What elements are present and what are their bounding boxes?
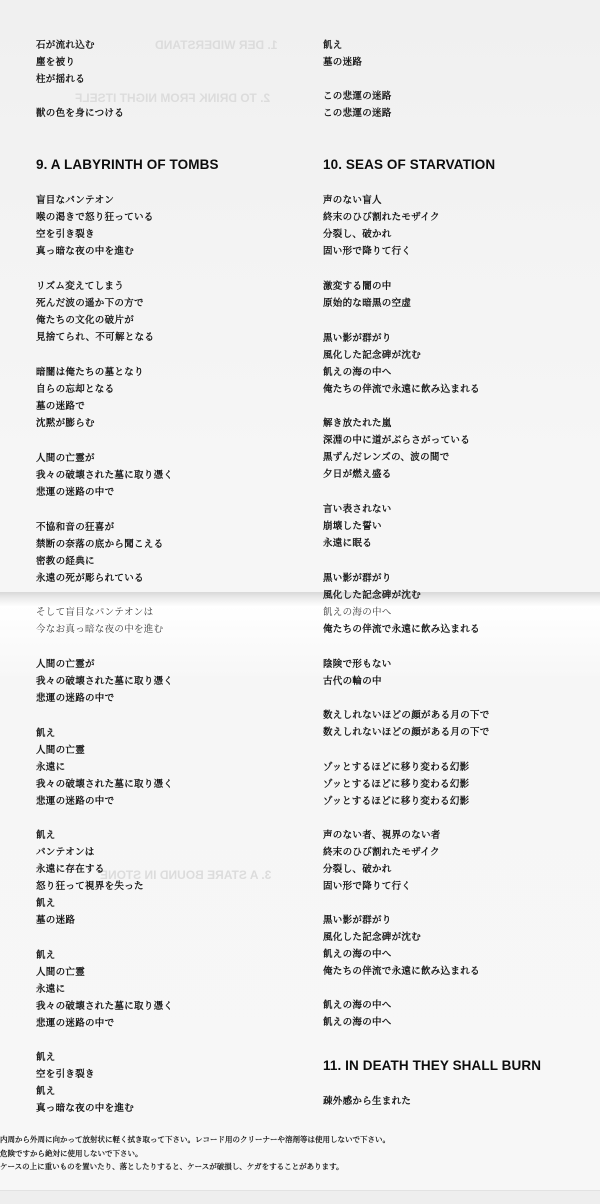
lyric-line: 永遠に bbox=[36, 984, 65, 996]
song-title-10: 10. SEAS OF STARVATION bbox=[323, 157, 495, 172]
lyric-line: 死んだ波の遥か下の方で bbox=[36, 298, 144, 310]
lyric-line: 風化した記念碑が沈む bbox=[323, 590, 421, 602]
lyric-line: 固い形で降りて行く bbox=[323, 881, 411, 893]
lyric-line: 陰険で形もない bbox=[323, 659, 392, 671]
lyric-line: 飢えの海の中へ bbox=[323, 367, 392, 379]
lyric-line: リズム変えてしまう bbox=[36, 281, 124, 293]
lyric-line: 怒り狂って視界を失った bbox=[36, 881, 144, 893]
lyric-line: 悲運の迷路の中で bbox=[36, 796, 114, 808]
lyric-line: パンテオンは bbox=[36, 847, 95, 859]
lyric-line: 自らの忘却となる bbox=[36, 384, 114, 396]
lyric-line: 獣の色を身につける bbox=[36, 108, 124, 120]
lyric-line: 言い表されない bbox=[323, 504, 392, 516]
lyric-line: 飢えの海の中へ bbox=[323, 949, 392, 961]
lyric-line: 永遠に眠る bbox=[323, 538, 372, 550]
lyric-line: 崩壊した誓い bbox=[323, 521, 382, 533]
lyric-line: 喉の渇きで怒り狂っている bbox=[36, 212, 154, 224]
lyric-line: 飢え bbox=[36, 1086, 56, 1098]
notice-line-3: ケースの上に重いものを置いたり、落としたりすると、ケースが破損し、ケガをすること… bbox=[0, 1161, 344, 1172]
lyric-line: 我々の破壊された墓に取り憑く bbox=[36, 779, 173, 791]
lyric-line: 我々の破壊された墓に取り憑く bbox=[36, 470, 173, 482]
lyric-line: 風化した記念碑が沈む bbox=[323, 350, 421, 362]
lyric-line: 悲運の迷路の中で bbox=[36, 693, 114, 705]
lyric-line: 密教の経典に bbox=[36, 556, 95, 568]
lyric-line: ゾッとするほどに移り変わる幻影 bbox=[323, 796, 469, 808]
lyric-line: ゾッとするほどに移り変わる幻影 bbox=[323, 779, 469, 791]
ghost-title-2: 2. TO DRINK FROM NIGHT ITSELF bbox=[75, 91, 270, 105]
lyric-line: 黒い影が群がり bbox=[323, 333, 392, 345]
lyric-line: 夕日が燃え盛る bbox=[323, 469, 392, 481]
lyric-line: 原始的な暗黒の空虚 bbox=[323, 298, 411, 310]
lyric-line: 石が流れ込む bbox=[36, 40, 95, 52]
lyric-line: 黒い影が群がり bbox=[323, 573, 392, 585]
lyric-line: 墓の迷路 bbox=[36, 915, 75, 927]
lyric-line: この悲運の迷路 bbox=[323, 91, 392, 103]
lyric-line: 禁断の奈落の底から聞こえる bbox=[36, 539, 163, 551]
lyric-line: 我々の破壊された墓に取り憑く bbox=[36, 676, 173, 688]
lyric-line: 人間の亡霊 bbox=[36, 967, 85, 979]
lyric-line: 声のない者、視界のない者 bbox=[323, 830, 441, 842]
lyric-line: 固い形で降りて行く bbox=[323, 246, 411, 258]
ghost-title-1: 1. DER WIDERSTAND bbox=[155, 38, 277, 52]
lyric-line: 分裂し、破かれ bbox=[323, 229, 392, 241]
lyric-line: 墓の迷路 bbox=[323, 57, 362, 69]
ghost-title-3: 3. A STARE BOUND IN STONE bbox=[100, 868, 271, 882]
lyric-line: 飢え bbox=[323, 40, 343, 52]
lyric-line: 声のない盲人 bbox=[323, 195, 382, 207]
lyric-line: 飢えの海の中へ bbox=[323, 1000, 392, 1012]
lyric-line: 数えしれないほどの顔がある月の下で bbox=[323, 727, 490, 739]
lyric-line: 数えしれないほどの顔がある月の下で bbox=[323, 710, 490, 722]
lyric-line: 飢えの海の中へ bbox=[323, 607, 392, 619]
lyric-line: 空を引き裂き bbox=[36, 1069, 95, 1081]
lyric-line: 柱が揺れる bbox=[36, 74, 85, 86]
lyric-line: 飢え bbox=[36, 728, 56, 740]
lyric-line: 分裂し、破かれ bbox=[323, 864, 392, 876]
lyric-line: 激変する闇の中 bbox=[323, 281, 392, 293]
song-title-9: 9. A LABYRINTH OF TOMBS bbox=[36, 157, 219, 172]
lyric-line: 風化した記念碑が沈む bbox=[323, 932, 421, 944]
lyric-line: 終末のひび割れたモザイク bbox=[323, 212, 440, 224]
lyric-line: 真っ暗な夜の中を進む bbox=[36, 1103, 134, 1115]
lyric-line: ゾッとするほどに移り変わる幻影 bbox=[323, 762, 469, 774]
lyric-line: 暗闇は俺たちの墓となり bbox=[36, 367, 144, 379]
lyric-line: 飢え bbox=[36, 950, 56, 962]
lyric-line: 人間の亡霊が bbox=[36, 659, 95, 671]
lyric-line: 解き放たれた嵐 bbox=[323, 418, 392, 430]
lyric-line: 見捨てられ、不可解となる bbox=[36, 332, 154, 344]
notice-line-2: 危険ですから絶対に使用しないで下さい。 bbox=[0, 1148, 143, 1159]
lyric-line: 飢えの海の中へ bbox=[323, 1017, 392, 1029]
lyric-line: 飢え bbox=[36, 898, 56, 910]
lyric-line: 永遠に bbox=[36, 762, 65, 774]
lyric-line: 黒い影が群がり bbox=[323, 915, 392, 927]
lyric-line: 不協和音の狂喜が bbox=[36, 522, 114, 534]
lyric-line: 人間の亡霊が bbox=[36, 453, 95, 465]
lyric-line: 黒ずんだレンズの、波の間で bbox=[323, 452, 450, 464]
page-bottom-edge bbox=[0, 1190, 600, 1204]
lyric-line: 飢え bbox=[36, 830, 56, 842]
lyric-line: 俺たちの伴流で永遠に飲み込まれる bbox=[323, 624, 480, 636]
lyric-line: 空を引き裂き bbox=[36, 229, 95, 241]
lyric-line: 人間の亡霊 bbox=[36, 745, 85, 757]
notice-line-1: 内周から外周に向かって放射状に軽く拭き取って下さい。レコード用のクリーナーや溶剤… bbox=[0, 1134, 390, 1145]
lyric-line: 疎外感から生まれた bbox=[323, 1096, 411, 1108]
lyric-line: この悲運の迷路 bbox=[323, 108, 392, 120]
lyric-line: 古代の輪の中 bbox=[323, 676, 382, 688]
lyric-line: 今なお真っ暗な夜の中を進む bbox=[36, 624, 163, 636]
lyrics-booklet-page: 1. DER WIDERSTAND 2. TO DRINK FROM NIGHT… bbox=[0, 0, 600, 1204]
lyric-line: 塵を被り bbox=[36, 57, 75, 69]
lyric-line: 飢え bbox=[36, 1052, 56, 1064]
lyric-line: 永遠の死が彫られている bbox=[36, 573, 144, 585]
lyric-line: そして盲目なパンテオンは bbox=[36, 607, 153, 619]
lyric-line: 終末のひび割れたモザイク bbox=[323, 847, 440, 859]
lyric-line: 悲運の迷路の中で bbox=[36, 487, 114, 499]
lyric-line: 我々の破壊された墓に取り憑く bbox=[36, 1001, 173, 1013]
lyric-line: 墓の迷路で bbox=[36, 401, 85, 413]
lyric-line: 深淵の中に道がぶらさがっている bbox=[323, 435, 470, 447]
lyric-line: 悲運の迷路の中で bbox=[36, 1018, 114, 1030]
lyric-line: 真っ暗な夜の中を進む bbox=[36, 246, 134, 258]
lyric-line: 俺たちの伴流で永遠に飲み込まれる bbox=[323, 384, 480, 396]
lyric-line: 俺たちの伴流で永遠に飲み込まれる bbox=[323, 966, 480, 978]
lyric-line: 盲目なパンテオン bbox=[36, 195, 114, 207]
page-fold-shadow bbox=[0, 592, 600, 606]
lyric-line: 永遠に存在する bbox=[36, 864, 105, 876]
lyric-line: 沈黙が膨らむ bbox=[36, 418, 95, 430]
song-title-11: 11. IN DEATH THEY SHALL BURN bbox=[323, 1058, 541, 1073]
lyric-line: 俺たちの文化の破片が bbox=[36, 315, 134, 327]
